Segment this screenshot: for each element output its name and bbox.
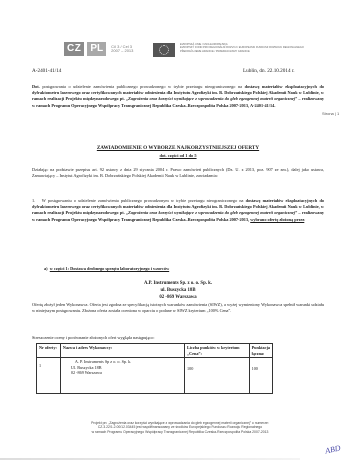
header-name: Nazwa i adres Wykonawcy: [60,344,184,358]
cell-price-points: 100 [185,358,250,394]
document-subtitle: dot. części od 1 do 5 [32,153,324,158]
footer: Projekt pn: „Zagrożenia oraz korzyści wy… [20,421,340,434]
signature-initials: ABD [324,443,341,455]
place-date: Lublin, dn. 22.10.2014 r. [243,68,295,74]
winner-name: A.P. Instruments Sp. z o. o. Sp. k. [32,280,324,287]
cell-nr: 1 [37,358,61,394]
header-total: Punktacja łączna: [249,344,272,358]
justification-paragraph: Ofertę złożył jeden Wykonawca. Oferta je… [32,302,324,314]
table-row: 1 A. P. Instruments Sp z o. o. Sp. k. Ul… [37,358,273,394]
intro-paragraph: Działając na podstawie przepisu art. 92 … [32,167,324,179]
reference-number: A-2401-41/14 [32,68,61,74]
winner-city: 02 -869 Warszawa [32,294,324,301]
cell-total: 100 [249,358,272,394]
page-label: Strona | 1 [322,111,339,116]
winner-street: ul. Buszycka 18B [32,287,324,294]
logo-cz: CZ [64,42,84,56]
winner-block: A.P. Instruments Sp. z o. o. Sp. k. ul. … [32,280,324,301]
offers-table: Nr oferty: Nazwa i adres Wykonawcy: Licz… [36,343,273,394]
document-title: ZAWIADOMIENIE O WYBORZE NAJKORZYSTNIEJSZ… [32,145,324,151]
eu-flag-icon [153,43,175,57]
eu-text: EVROPSKÁ UNIE / UNIA EUROPEJSKA EVROPSKÝ… [180,43,320,53]
summary-intro: Streszczenie oceny i porównanie złożonyc… [32,335,324,341]
table-header-row: Nr oferty: Nazwa i adres Wykonawcy: Licz… [37,344,273,358]
part-a-heading: a) w części 1: Dostawa drobnego sprzętu … [44,266,304,272]
point-1-paragraph: 1. W postępowaniu o udzielenie zamówieni… [32,198,324,223]
page-edge-shadow [0,458,300,460]
logo-caption: Cíl 3 / Cel 3 2007 – 2013 [111,45,133,54]
czpl-logo: CZ PL Cíl 3 / Cel 3 2007 – 2013 [64,42,133,56]
logo-pl: PL [87,42,106,56]
header-price-points: Liczba punktów w kryterium „Cena”: [185,344,250,358]
cell-name: A. P. Instruments Sp z o. o. Sp. k. Ul. … [60,358,184,394]
subject-paragraph: Dot. postępowania o udzielenie zamówieni… [32,84,324,109]
header-nr: Nr oferty: [37,344,61,358]
